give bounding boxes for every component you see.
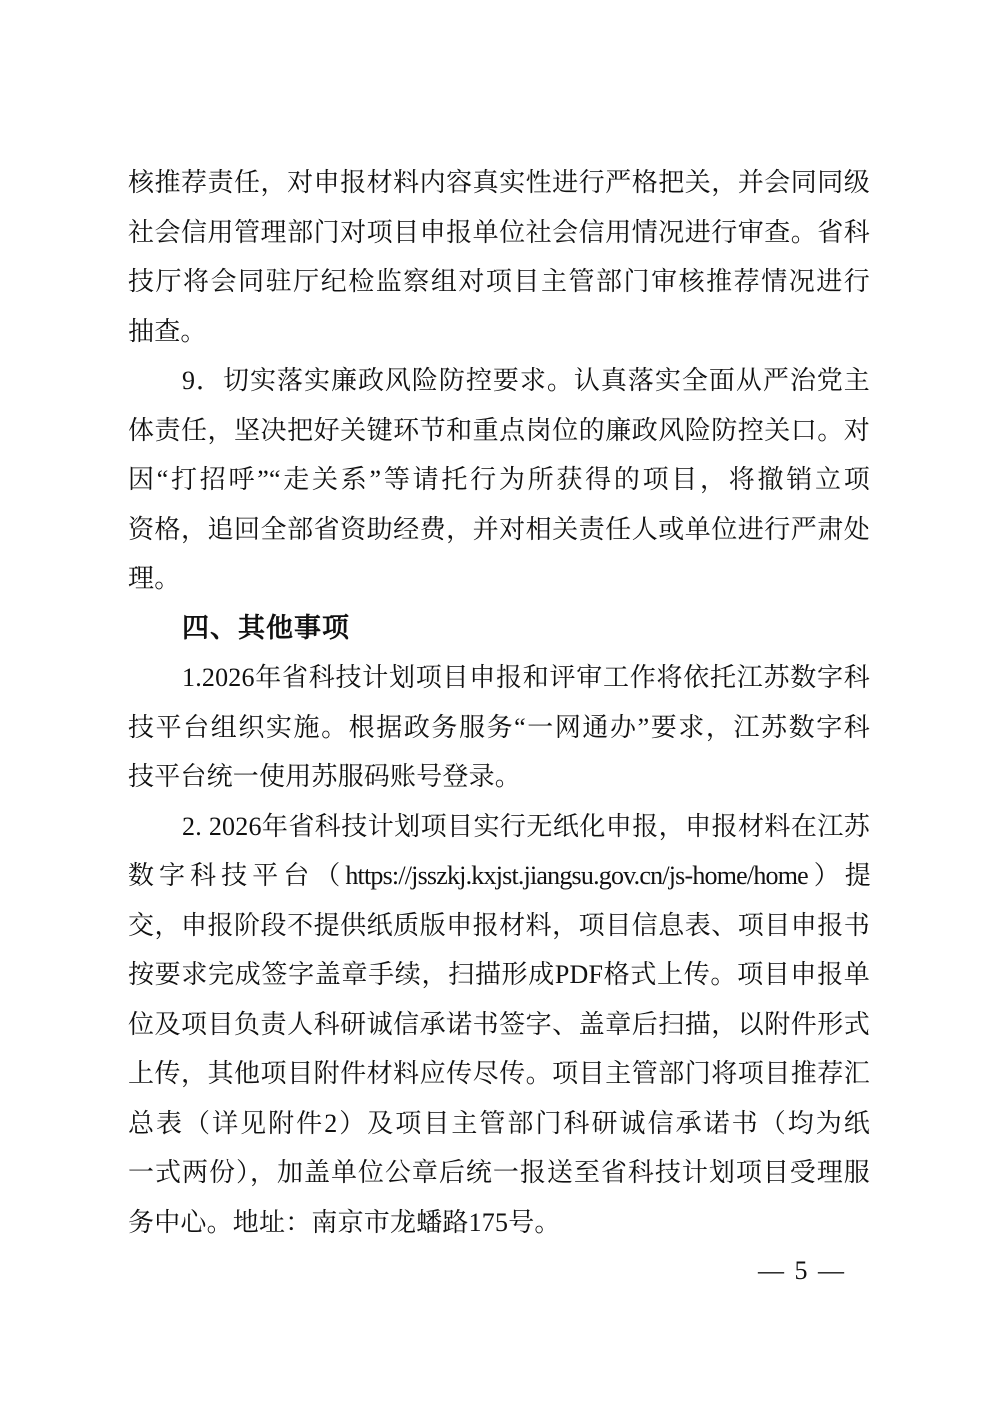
text-line: 技平台组织实施。根据政务服务“一网通办”要求，江苏数字科 bbox=[128, 703, 870, 753]
text-line: 抽查。 bbox=[128, 307, 870, 357]
text-line: 9．切实落实廉政风险防控要求。认真落实全面从严治党主 bbox=[128, 356, 870, 406]
document-body: 核推荐责任，对申报材料内容真实性进行严格把关，并会同同级社会信用管理部门对项目申… bbox=[128, 158, 870, 1247]
text-line: 一式两份），加盖单位公章后统一报送至省科技计划项目受理服 bbox=[128, 1148, 870, 1198]
text-line: 资格，追回全部省资助经费，并对相关责任人或单位进行严肃处 bbox=[128, 505, 870, 555]
text-line: 技平台统一使用苏服码账号登录。 bbox=[128, 752, 870, 802]
text-line: 理。 bbox=[128, 554, 870, 604]
section-heading: 四、其他事项 bbox=[128, 604, 870, 654]
text-line: 交，申报阶段不提供纸质版申报材料，项目信息表、项目申报书 bbox=[128, 901, 870, 951]
text-line: 1.2026年省科技计划项目申报和评审工作将依托江苏数字科 bbox=[128, 653, 870, 703]
page-number: — 5 — bbox=[128, 1251, 870, 1291]
text-line: 务中心。地址：南京市龙蟠路175号。 bbox=[128, 1198, 870, 1248]
document-page: 核推荐责任，对申报材料内容真实性进行严格把关，并会同同级社会信用管理部门对项目申… bbox=[0, 0, 1000, 1414]
text-line: 2. 2026年省科技计划项目实行无纸化申报，申报材料在江苏 bbox=[128, 802, 870, 852]
text-line: 数字科技平台（https://jsszkj.kxjst.jiangsu.gov.… bbox=[128, 851, 870, 901]
text-line: 按要求完成签字盖章手续，扫描形成PDF格式上传。项目申报单 bbox=[128, 950, 870, 1000]
text-line: 核推荐责任，对申报材料内容真实性进行严格把关，并会同同级 bbox=[128, 158, 870, 208]
text-line: 上传，其他项目附件材料应传尽传。项目主管部门将项目推荐汇 bbox=[128, 1049, 870, 1099]
text-line: 社会信用管理部门对项目申报单位社会信用情况进行审查。省科 bbox=[128, 208, 870, 258]
text-line: 技厅将会同驻厅纪检监察组对项目主管部门审核推荐情况进行 bbox=[128, 257, 870, 307]
text-line: 因“打招呼”“走关系”等请托行为所获得的项目，将撤销立项 bbox=[128, 455, 870, 505]
text-line: 体责任，坚决把好关键环节和重点岗位的廉政风险防控关口。对 bbox=[128, 406, 870, 456]
text-line: 总表（详见附件2）及项目主管部门科研诚信承诺书（均为纸质， bbox=[128, 1099, 870, 1149]
text-line: 位及项目负责人科研诚信承诺书签字、盖章后扫描，以附件形式 bbox=[128, 1000, 870, 1050]
